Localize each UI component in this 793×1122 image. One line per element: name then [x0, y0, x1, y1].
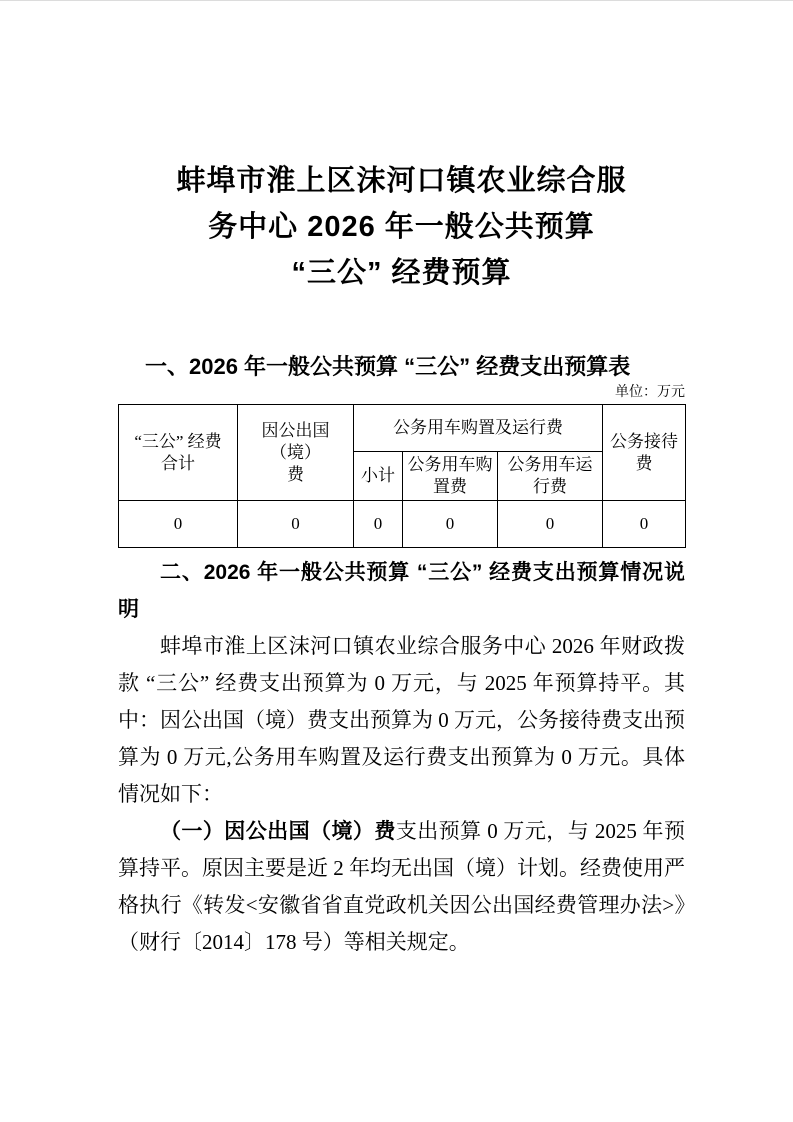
- document-title-line: 蚌埠市淮上区沫河口镇农业综合服: [118, 158, 685, 204]
- document-page: 蚌埠市淮上区沫河口镇农业综合服 务中心 2026 年一般公共预算 “三公” 经费…: [0, 0, 793, 1122]
- header-cell-abroad-fee: 因公出国（境） 费: [238, 405, 354, 501]
- unit-note: 单位：万元: [118, 384, 685, 402]
- document-title-line: 务中心 2026 年一般公共预算: [118, 204, 685, 250]
- header-cell-sangong-total: “三公” 经费 合计: [119, 405, 238, 501]
- paragraph-abroad: （一）因公出国（境）费支出预算 0 万元，与 2025 年预算持平。原因主要是近…: [118, 813, 685, 961]
- value-cell-subtotal: 0: [354, 501, 403, 548]
- header-cell-vehicle-purchase: 公务用车购 置费: [403, 452, 498, 501]
- section1-heading: 一、2026 年一般公共预算 “三公” 经费支出预算表: [118, 352, 685, 382]
- value-cell-abroad-fee: 0: [238, 501, 354, 548]
- document-title-line: “三公” 经费预算: [118, 250, 685, 296]
- header-cell-vehicle-group: 公务用车购置及运行费: [354, 405, 603, 452]
- header-cell-vehicle-operation: 公务用车运 行费: [498, 452, 603, 501]
- document-title: 蚌埠市淮上区沫河口镇农业综合服 务中心 2026 年一般公共预算 “三公” 经费…: [118, 1, 685, 296]
- value-cell-reception-fee: 0: [603, 501, 686, 548]
- header-cell-subtotal: 小计: [354, 452, 403, 501]
- value-cell-vehicle-operation: 0: [498, 501, 603, 548]
- section2-body: 二、2026 年一般公共预算 “三公” 经费支出预算情况说明 蚌埠市淮上区沫河口…: [118, 554, 685, 961]
- page-content: 蚌埠市淮上区沫河口镇农业综合服 务中心 2026 年一般公共预算 “三公” 经费…: [118, 1, 685, 961]
- table-header-row-1: “三公” 经费 合计 因公出国（境） 费 公务用车购置及运行费 公务接待 费: [119, 405, 686, 452]
- value-cell-sangong-total: 0: [119, 501, 238, 548]
- value-cell-vehicle-purchase: 0: [403, 501, 498, 548]
- paragraph-abroad-lead: （一）因公出国（境）费: [160, 820, 396, 843]
- budget-table: “三公” 经费 合计 因公出国（境） 费 公务用车购置及运行费 公务接待 费 小…: [118, 404, 686, 548]
- paragraph-overview: 蚌埠市淮上区沫河口镇农业综合服务中心 2026 年财政拨款 “三公” 经费支出预…: [118, 628, 685, 813]
- header-cell-reception-fee: 公务接待 费: [603, 405, 686, 501]
- table-value-row: 0 0 0 0 0 0: [119, 501, 686, 548]
- section2-heading: 二、2026 年一般公共预算 “三公” 经费支出预算情况说明: [118, 554, 685, 628]
